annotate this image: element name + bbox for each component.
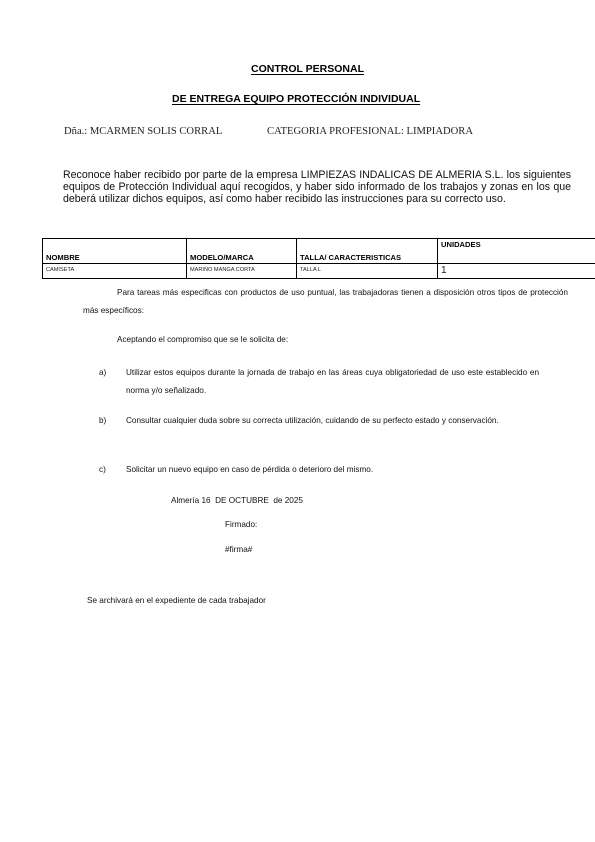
cell-modelo-marca: MARINO MANGA CORTA xyxy=(187,264,297,279)
cell-nombre: CAMISETA xyxy=(43,264,187,279)
list-item-text: Consultar cualquier duda sobre su correc… xyxy=(126,412,539,430)
header-talla-caracteristicas: TALLA/ CARACTERISTICAS xyxy=(297,239,438,264)
intro-paragraph: Reconoce haber recibido por parte de la … xyxy=(63,169,571,205)
document-subtitle: DE ENTREGA EQUIPO PROTECCIÓN INDIVIDUAL xyxy=(172,93,420,105)
document-title: CONTROL PERSONAL xyxy=(251,63,364,75)
table-row: CAMISETA MARINO MANGA CORTA TALLA L 1 xyxy=(43,264,595,279)
commitment-intro: Aceptando el compromiso que se le solici… xyxy=(117,335,288,344)
commitment-item-c: c) Solicitar un nuevo equipo en caso de … xyxy=(99,461,539,479)
list-marker: b) xyxy=(99,412,106,430)
commitment-item-b: b) Consultar cualquier duda sobre su cor… xyxy=(99,412,539,430)
signature-placeholder: #firma# xyxy=(225,545,252,554)
table-header-row: NOMBRE MODELO/MARCA TALLA/ CARACTERISTIC… xyxy=(43,239,595,264)
list-item-text: Solicitar un nuevo equipo en caso de pér… xyxy=(126,461,539,479)
ppe-table: NOMBRE MODELO/MARCA TALLA/ CARACTERISTIC… xyxy=(42,238,595,279)
header-modelo-marca: MODELO/MARCA xyxy=(187,239,297,264)
footer-note: Se archivará en el expediente de cada tr… xyxy=(87,596,266,605)
list-marker: a) xyxy=(99,364,106,382)
cell-talla: TALLA L xyxy=(297,264,438,279)
cell-unidades: 1 xyxy=(438,264,595,279)
specific-protection-paragraph: Para tareas más especificas con producto… xyxy=(83,284,568,320)
place-date: Almería 16 DE OCTUBRE de 2025 xyxy=(171,496,303,505)
commitment-item-a: a) Utilizar estos equipos durante la jor… xyxy=(99,364,539,400)
employee-name: Dña.: MCARMEN SOLIS CORRAL xyxy=(64,126,222,137)
list-item-text: Utilizar estos equipos durante la jornad… xyxy=(126,364,539,400)
list-marker: c) xyxy=(99,461,106,479)
signed-label: Firmado: xyxy=(225,520,257,529)
header-nombre: NOMBRE xyxy=(43,239,187,264)
employee-category: CATEGORIA PROFESIONAL: LIMPIADORA xyxy=(267,126,473,137)
header-unidades: UNIDADES xyxy=(438,239,595,264)
